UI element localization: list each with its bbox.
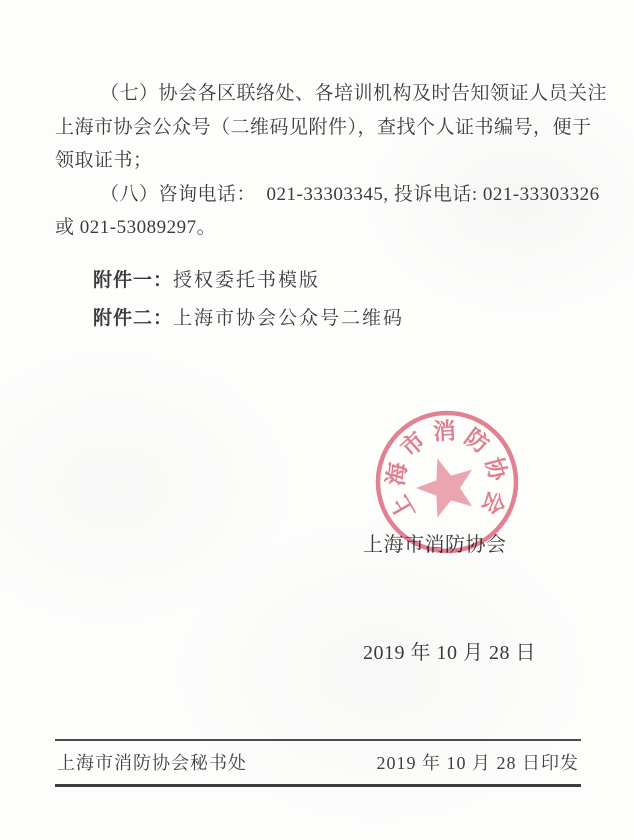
seal-character: 海 (382, 460, 411, 488)
seal-character: 协 (481, 455, 511, 485)
seal-character: 会 (477, 487, 510, 519)
paragraph-line: 领取证书； (55, 144, 585, 178)
attachment-label: 附件二： (93, 308, 173, 329)
document-footer: 上海市消防协会秘书处 2019 年 10 月 28 日印发 (55, 739, 581, 787)
paragraph-line: 上海市协会公众号（二维码见附件），查找个人证书编号，便于 (55, 111, 585, 145)
scanned-document-page: （七）协会各区联络处、各培训机构及时告知领证人员关注 上海市协会公众号（二维码见… (0, 0, 634, 840)
signature-date: 2019 年 10 月 28 日 (363, 635, 536, 671)
attachment-label: 附件一： (93, 270, 173, 291)
seal-character: 消 (432, 417, 456, 444)
attachment-title: 上海市协会公众号二维码 (173, 308, 404, 329)
attachment-item: 附件二：上海市协会公众号二维码 (93, 300, 404, 338)
attachment-item: 附件一：授权委托书模版 (93, 262, 404, 300)
document-body: （七）协会各区联络处、各培训机构及时告知领证人员关注 上海市协会公众号（二维码见… (55, 77, 585, 245)
paragraph-line: （七）协会各区联络处、各培训机构及时告知领证人员关注 (55, 77, 585, 111)
star-icon (409, 449, 482, 521)
paragraph-line: 或 021-53089297。 (55, 211, 585, 245)
official-seal-stamp: 上 海 市 消 防 协 会 (371, 406, 523, 558)
paragraph-line: （八）咨询电话： 021-33303345, 投诉电话: 021-3330332… (55, 178, 585, 212)
footer-issuing-office: 上海市消防协会秘书处 (57, 749, 247, 775)
attachment-title: 授权委托书模版 (173, 270, 320, 291)
seal-character: 上 (387, 491, 420, 523)
footer-print-date: 2019 年 10 月 28 日印发 (377, 749, 580, 775)
attachments-list: 附件一：授权委托书模版 附件二：上海市协会公众号二维码 (93, 262, 404, 338)
